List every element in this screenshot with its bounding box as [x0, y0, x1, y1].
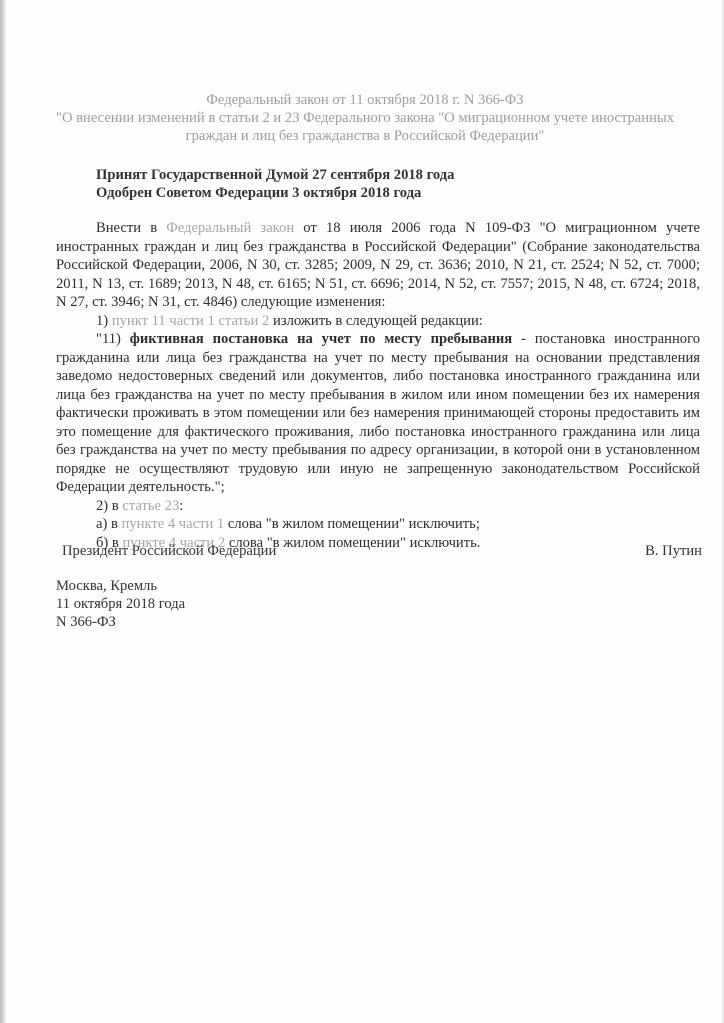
definition-text: - постановка иностранного гражданина или… — [56, 331, 700, 495]
item-2: 2) в статье 23: — [56, 497, 700, 516]
law-title: Федеральный закон от 11 октября 2018 г. … — [40, 91, 690, 109]
item-1: 1) пункт 11 части 1 статьи 2 изложить в … — [56, 312, 700, 331]
item-2a: а) в пункте 4 части 1 слова "в жилом пом… — [56, 515, 700, 534]
article-2-link[interactable]: пункт 11 части 1 статьи 2 — [112, 313, 270, 329]
quote-number: "11) — [96, 331, 130, 347]
signing-place: Москва, Кремль — [56, 577, 185, 595]
signatory-title: Президент Российской Федерации — [62, 543, 276, 559]
law-subtitle-line2: граждан и лиц без гражданства в Российск… — [40, 127, 690, 145]
federal-law-link[interactable]: Федеральный закон — [166, 220, 294, 236]
intro-text-pre: Внести в — [96, 220, 166, 236]
intro-paragraph: Внести в Федеральный закон от 18 июля 20… — [56, 219, 700, 312]
duma-adoption: Принят Государственной Думой 27 сентября… — [96, 166, 454, 184]
law-subtitle-line1: "О внесении изменений в статьи 2 и 23 Фе… — [40, 109, 690, 127]
document-page: Федеральный закон от 11 октября 2018 г. … — [0, 0, 724, 1023]
signatory-name: В. Путин — [645, 542, 702, 560]
scan-edge-left — [0, 0, 6, 1023]
item-1-text: изложить в следующей редакции: — [269, 313, 482, 329]
quoted-definition: "11) фиктивная постановка на учет по мес… — [56, 330, 700, 497]
item-1-number: 1) — [96, 313, 112, 329]
defined-term: фиктивная постановка на учет по месту пр… — [130, 331, 512, 347]
item-2a-text: слова "в жилом помещении" исключить; — [224, 516, 480, 532]
signing-date: 11 октября 2018 года — [56, 595, 185, 613]
law-number: N 366-ФЗ — [56, 613, 185, 631]
item-2-number: 2) в — [96, 498, 122, 514]
item-2a-pre: а) в — [96, 516, 122, 532]
part-1-point-4-link[interactable]: пункте 4 части 1 — [122, 516, 225, 532]
place-date-block: Москва, Кремль 11 октября 2018 года N 36… — [56, 577, 185, 631]
document-header: Федеральный закон от 11 октября 2018 г. … — [40, 91, 690, 145]
law-body: Внести в Федеральный закон от 18 июля 20… — [56, 219, 700, 552]
signature-block: Президент Российской Федерации В. Путин — [62, 542, 702, 560]
item-2-text: : — [179, 498, 183, 514]
adoption-info: Принят Государственной Думой 27 сентября… — [96, 166, 454, 202]
article-23-link[interactable]: статье 23 — [122, 498, 179, 514]
council-approval: Одобрен Советом Федерации 3 октября 2018… — [96, 184, 454, 202]
